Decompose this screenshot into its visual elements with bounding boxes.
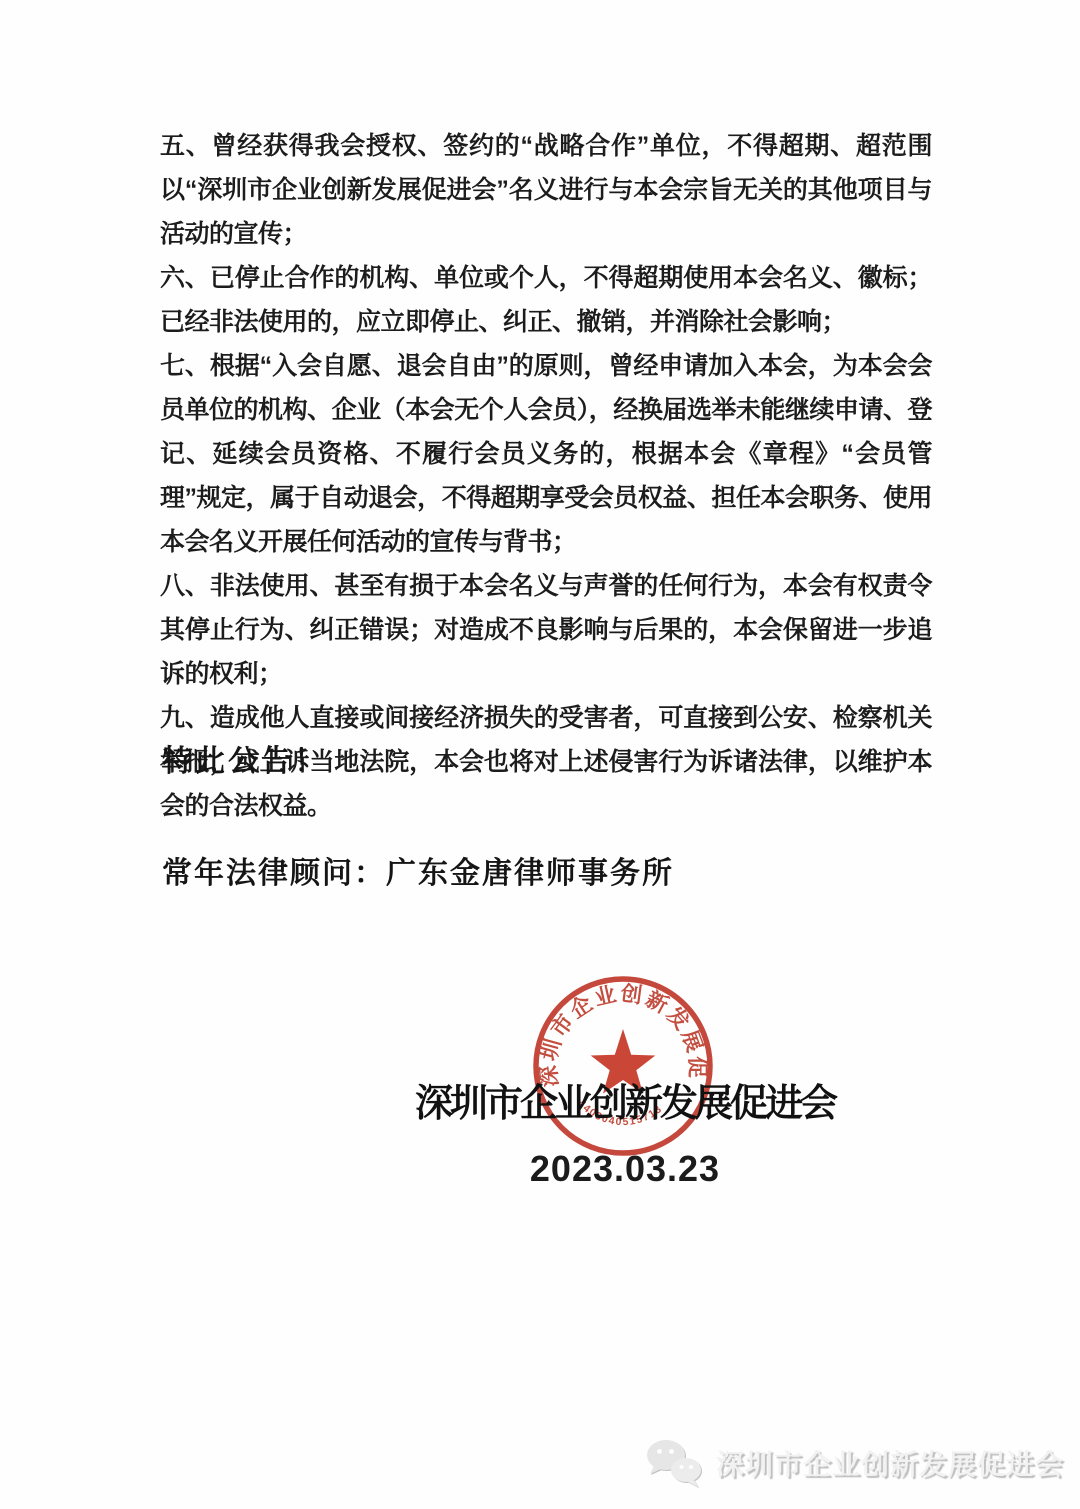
closing-statement: 特此公告！ [162, 736, 327, 780]
organization-name: 深圳市企业创新发展促进会 [405, 1072, 845, 1127]
announcement-date: 2023.03.23 [405, 1148, 845, 1190]
announcement-page: 五、曾经获得我会授权、签约的“战略合作”单位，不得超期、超范围以“深圳市企业创新… [0, 0, 1080, 1509]
footer-watermark: 深圳市企业创新发展促进会 [644, 1437, 1064, 1489]
footer-watermark-text: 深圳市企业创新发展促进会 [716, 1443, 1064, 1483]
paragraph-8: 八、非法使用、甚至有损于本会名义与声誉的任何行为，本会有权责令其停止行为、纠正错… [160, 564, 932, 696]
paragraph-7: 七、根据“入会自愿、退会自由”的原则，曾经申请加入本会，为本会会员单位的机构、企… [160, 344, 932, 564]
official-seal: 深圳市企业创新发展促进会 4403040515713 [528, 971, 718, 1161]
announcement-body: 五、曾经获得我会授权、签约的“战略合作”单位，不得超期、超范围以“深圳市企业创新… [160, 124, 932, 828]
legal-advisor-line: 常年法律顾问：广东金唐律师事务所 [162, 848, 674, 892]
paragraph-6: 六、已停止合作的机构、单位或个人，不得超期使用本会名义、徽标；已经非法使用的，应… [160, 256, 932, 344]
wechat-icon [644, 1437, 706, 1489]
paragraph-5: 五、曾经获得我会授权、签约的“战略合作”单位，不得超期、超范围以“深圳市企业创新… [160, 124, 932, 256]
